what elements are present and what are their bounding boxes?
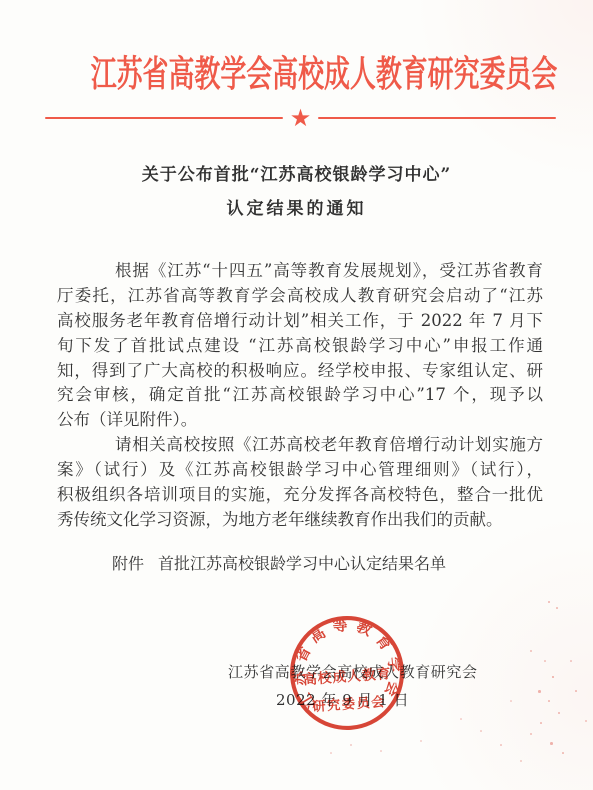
body-line: 积极组织各培训项目的实施，充分发挥各高校特色，整合一批优: [57, 483, 543, 508]
letterhead-title: 江苏省高教学会高校成人教育研究委员会: [91, 46, 558, 97]
seal-center-line2: 研究委员会: [312, 693, 387, 715]
body-line: 知，得到了广大高校的积极响应。经学校申报、专家组认定、研: [57, 359, 543, 384]
body-line: 旬下发了首批试点建设 “江苏高校银龄学习中心”申报工作通: [57, 334, 543, 359]
body-line: 究会审核，确定首批“江苏高校银龄学习中心”17 个，现予以: [57, 383, 543, 408]
ink-speckle-dot: [480, 730, 482, 732]
body-text: 根据《江苏“十四五”高等教育发展规划》，受江苏省教育厅委托，江苏省高等教育学会高…: [57, 259, 543, 533]
ink-speckle-dot: [575, 690, 577, 692]
ink-speckle-dot: [550, 742, 553, 745]
ink-speckle-dot: [520, 760, 522, 762]
ink-speckle-dot: [350, 744, 352, 746]
star-divider: ★: [45, 106, 556, 130]
ink-speckle-dot: [570, 660, 572, 662]
ink-speckle-dot: [544, 660, 546, 662]
ink-speckle-dot: [558, 712, 560, 714]
divider-line-left: [45, 117, 283, 119]
ink-speckle-dot: [510, 700, 512, 702]
ink-speckle-dot: [552, 676, 554, 678]
doc-title-line1: 关于公布首批“江苏高校银龄学习中心”: [0, 158, 593, 192]
ink-speckle-dot: [500, 744, 502, 746]
paragraph-1: 根据《江苏“十四五”高等教育发展规划》，受江苏省教育厅委托，江苏省高等教育学会高…: [57, 259, 543, 433]
ink-speckle-dot: [380, 750, 382, 752]
ink-speckle-dot: [585, 720, 587, 722]
seal-graphic: 江苏省高等教育学会 高校成人教育 研究委员会: [284, 610, 410, 736]
ink-speckle-dot: [548, 601, 550, 603]
body-line: 请相关高校按照《江苏高校老年教育倍增行动计划实施方: [57, 433, 543, 458]
ink-speckle-dot: [540, 722, 542, 724]
star-icon: ★: [290, 106, 312, 130]
attachment-label: 附件: [57, 554, 144, 573]
letterhead: 江苏省高教学会高校成人教育研究委员会: [0, 46, 593, 97]
seal-center-line1: 高校成人教育: [303, 665, 392, 688]
ink-speckle-dot: [460, 718, 462, 720]
attachment-title: 首批江苏高校银龄学习中心认定结果名单: [158, 554, 446, 573]
ink-speckle-dot: [538, 690, 541, 693]
document-page: 江苏省高教学会高校成人教育研究委员会 ★ 关于公布首批“江苏高校银龄学习中心” …: [0, 0, 593, 790]
divider-line-right: [318, 117, 556, 119]
ink-speckle-dot: [530, 650, 532, 652]
body-line: 案》（试行）及《江苏高校银龄学习中心管理细则》（试行），: [57, 458, 543, 483]
ink-speckle-dot: [556, 607, 558, 609]
body-line: 厅委托，江苏省高等教育学会高校成人教育研究会启动了“江苏: [57, 284, 543, 309]
ink-speckle-dot: [420, 740, 422, 742]
doc-title-line2: 认定结果的通知: [0, 192, 593, 226]
ink-speckle-dot: [548, 700, 550, 702]
doc-title: 关于公布首批“江苏高校银龄学习中心” 认定结果的通知: [0, 158, 593, 226]
attachment-line: 附件首批江苏高校银龄学习中心认定结果名单: [57, 551, 543, 576]
paragraph-2: 请相关高校按照《江苏高校老年教育倍增行动计划实施方案》（试行）及《江苏高校银龄学…: [57, 433, 543, 533]
body-line: 根据《江苏“十四五”高等教育发展规划》，受江苏省教育: [57, 259, 543, 284]
body-line: 高校服务老年教育倍增行动计划”相关工作，于 2022 年 7 月下: [57, 309, 543, 334]
ink-speckle-dot: [530, 733, 532, 735]
body-line: 公布（详见附件）。: [57, 408, 543, 433]
ink-speckle-dot: [330, 752, 332, 754]
ink-speckle-dot: [562, 752, 564, 754]
official-seal: 江苏省高等教育学会 高校成人教育 研究委员会: [284, 610, 410, 736]
body-line: 秀传统文化学习资源，为地方老年继续教育作出我们的贡献。: [57, 508, 543, 533]
